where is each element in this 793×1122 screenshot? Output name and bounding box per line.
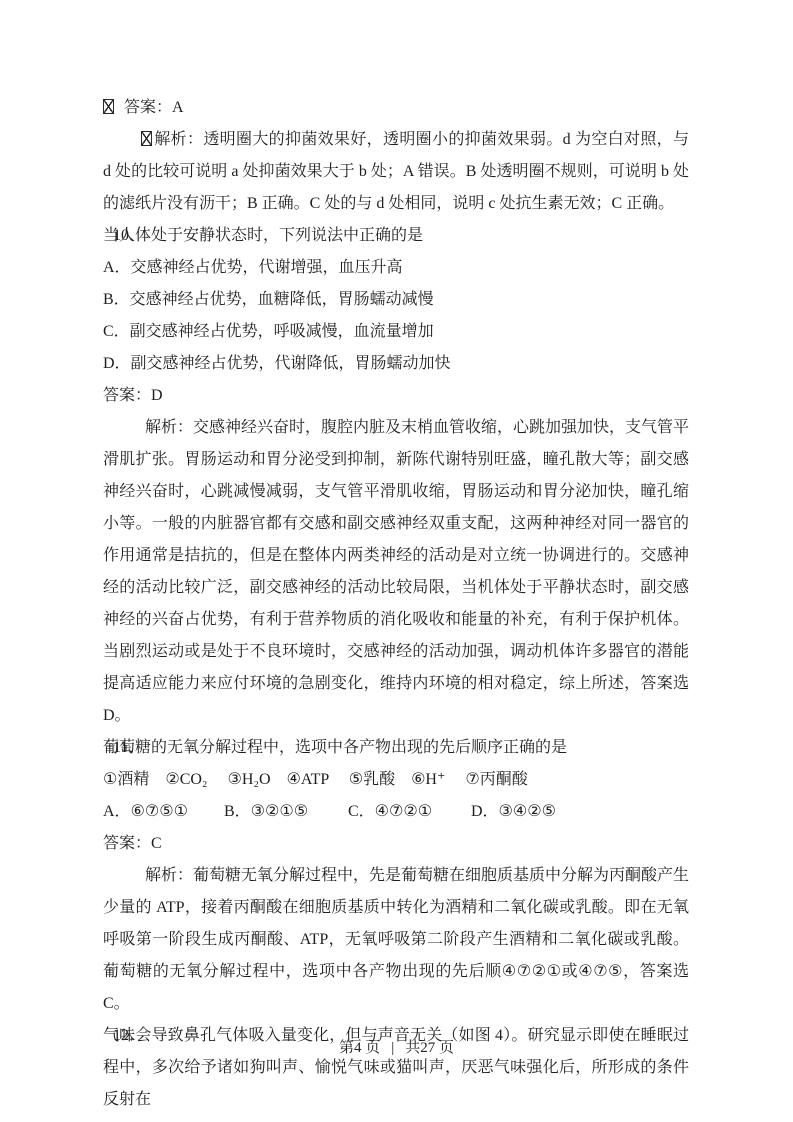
question-10-answer: 答案：D	[103, 380, 689, 412]
question-11-stem: 葡萄糖的无氧分解过程中，选项中各产物出现的先后顺序正确的是	[103, 739, 567, 756]
question-11-option-a: A．⑥⑦⑤①	[103, 796, 224, 828]
footer-separator: |	[391, 1032, 394, 1064]
question-11-option-c: C．④⑦②①	[348, 796, 471, 828]
missing-glyph-icon	[141, 131, 152, 146]
document-page: 答案：A 解析：透明圈大的抑菌效果好，透明圈小的抑菌效果弱。d 为空白对照，与 …	[0, 0, 793, 1122]
question-11-analysis: 解析：葡萄糖无氧分解过程中，先是葡萄糖在细胞质基质中分解为丙酮酸产生少量的 AT…	[103, 860, 689, 1020]
question-10-option-b: B．交感神经占优势，血糖降低，胃肠蠕动减慢	[103, 284, 689, 316]
question-10-option-a: A．交感神经占优势，代谢增强，血压升高	[103, 252, 689, 284]
question-10-stem: 当人体处于安静状态时，下列说法中正确的是	[103, 227, 423, 244]
missing-glyph-icon	[103, 99, 114, 114]
question-10: 10．当人体处于安静状态时，下列说法中正确的是 A．交感神经占优势，代谢增强，血…	[103, 220, 689, 732]
question-11: 11．葡萄糖的无氧分解过程中，选项中各产物出现的先后顺序正确的是 ①酒精 ②CO…	[103, 732, 689, 1020]
footer-total-pages: 共27 页	[405, 1040, 454, 1056]
analysis-paragraph: 解析：透明圈大的抑菌效果好，透明圈小的抑菌效果弱。d 为空白对照，与 d 处的比…	[103, 124, 689, 220]
answer-text: 答案：A	[124, 99, 184, 116]
question-10-option-d: D．副交感神经占优势，代谢降低，胃肠蠕动加快	[103, 348, 689, 380]
question-11-number: 11．	[113, 732, 144, 764]
question-11-products: ①酒精 ②CO₂ ③H₂O ④ATP ⑤乳酸 ⑥H⁺ ⑦丙酮酸	[103, 764, 689, 796]
question-10-analysis: 解析：交感神经兴奋时，腹腔内脏及末梢血管收缩，心跳加强加快，支气管平滑肌扩张。胃…	[103, 412, 689, 732]
question-11-stem-line: 11．葡萄糖的无氧分解过程中，选项中各产物出现的先后顺序正确的是	[103, 732, 689, 764]
question-11-option-b: B．③②①⑤	[224, 796, 348, 828]
question-11-options-row: A．⑥⑦⑤① B．③②①⑤ C．④⑦②① D．③④②⑤	[103, 796, 689, 828]
question-10-option-c: C．副交感神经占优势，呼吸减慢，血流量增加	[103, 316, 689, 348]
question-11-option-d: D．③④②⑤	[471, 796, 556, 828]
question-10-stem-line: 10．当人体处于安静状态时，下列说法中正确的是	[103, 220, 689, 252]
footer-page-number: 第4 页	[339, 1040, 380, 1056]
answer-line: 答案：A	[103, 92, 689, 124]
answer-block-prev-question: 答案：A 解析：透明圈大的抑菌效果好，透明圈小的抑菌效果弱。d 为空白对照，与 …	[103, 92, 689, 220]
page-content: 答案：A 解析：透明圈大的抑菌效果好，透明圈小的抑菌效果弱。d 为空白对照，与 …	[103, 92, 689, 1116]
question-11-answer: 答案：C	[103, 828, 689, 860]
page-footer: 第4 页|共27 页	[0, 1032, 793, 1064]
analysis-text: 解析：透明圈大的抑菌效果好，透明圈小的抑菌效果弱。d 为空白对照，与 d 处的比…	[103, 131, 689, 212]
question-10-number: 10．	[113, 220, 145, 252]
